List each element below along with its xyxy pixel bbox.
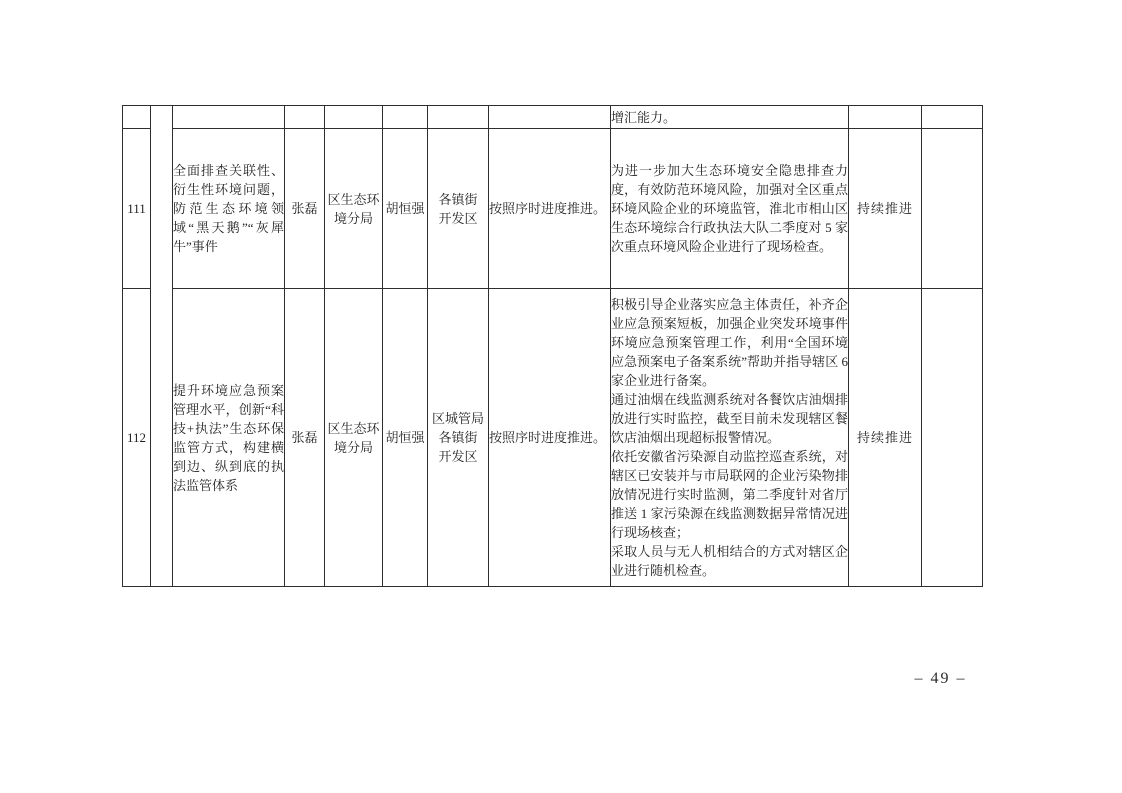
cell-spacer-column bbox=[151, 106, 173, 587]
cell-task-empty bbox=[173, 106, 285, 129]
cell-progress: 为进一步加大生态环境安全隐患排查力度，有效防范环境风险，加强对全区重点环境风险企… bbox=[611, 129, 849, 289]
cell-remark bbox=[922, 289, 983, 587]
cell-task: 提升环境应急预案管理水平，创新“科技+执法”生态环保监管方式，构建横到边、纵到底… bbox=[173, 289, 285, 587]
table-row-111: 111 全面排查关联性、衍生性环境问题，防范生态环境领域“黑天鹅”“灰犀牛”事件… bbox=[123, 129, 983, 289]
cell-number-empty bbox=[123, 106, 151, 129]
cell-progress: 积极引导企业落实应急主体责任，补齐企业应急预案短板，加强企业突发环境事件环境应急… bbox=[611, 289, 849, 587]
cell-leader: 张磊 bbox=[285, 289, 325, 587]
cell-leader: 张磊 bbox=[285, 129, 325, 289]
cell-scope: 区城管局 各镇街 开发区 bbox=[428, 289, 489, 587]
cell-contact: 胡恒强 bbox=[383, 289, 428, 587]
document-page: 增汇能力。 111 全面排查关联性、衍生性环境问题，防范生态环境领域“黑天鹅”“… bbox=[0, 0, 1122, 793]
cell-plan: 按照序时进度推进。 bbox=[489, 129, 611, 289]
cell-status: 持续推进 bbox=[849, 289, 922, 587]
cell-plan-empty bbox=[489, 106, 611, 129]
cell-leader-empty bbox=[285, 106, 325, 129]
cell-task: 全面排查关联性、衍生性环境问题，防范生态环境领域“黑天鹅”“灰犀牛”事件 bbox=[173, 129, 285, 289]
page-number: – 49 – bbox=[893, 670, 988, 688]
cell-remark bbox=[922, 129, 983, 289]
table-row-carryover: 增汇能力。 bbox=[123, 106, 983, 129]
cell-contact: 胡恒强 bbox=[383, 129, 428, 289]
cell-scope-empty bbox=[428, 106, 489, 129]
cell-scope: 各镇街 开发区 bbox=[428, 129, 489, 289]
progress-report-table: 增汇能力。 111 全面排查关联性、衍生性环境问题，防范生态环境领域“黑天鹅”“… bbox=[122, 105, 983, 587]
cell-number: 111 bbox=[123, 129, 151, 289]
cell-plan: 按照序时进度推进。 bbox=[489, 289, 611, 587]
cell-number: 112 bbox=[123, 289, 151, 587]
cell-status-empty bbox=[849, 106, 922, 129]
table-row-112: 112 提升环境应急预案管理水平，创新“科技+执法”生态环保监管方式，构建横到边… bbox=[123, 289, 983, 587]
cell-department: 区生态环 境分局 bbox=[325, 289, 383, 587]
cell-progress-carryover: 增汇能力。 bbox=[611, 106, 849, 129]
cell-department-empty bbox=[325, 106, 383, 129]
cell-status: 持续推进 bbox=[849, 129, 922, 289]
cell-remark-empty bbox=[922, 106, 983, 129]
cell-department: 区生态环 境分局 bbox=[325, 129, 383, 289]
cell-contact-empty bbox=[383, 106, 428, 129]
